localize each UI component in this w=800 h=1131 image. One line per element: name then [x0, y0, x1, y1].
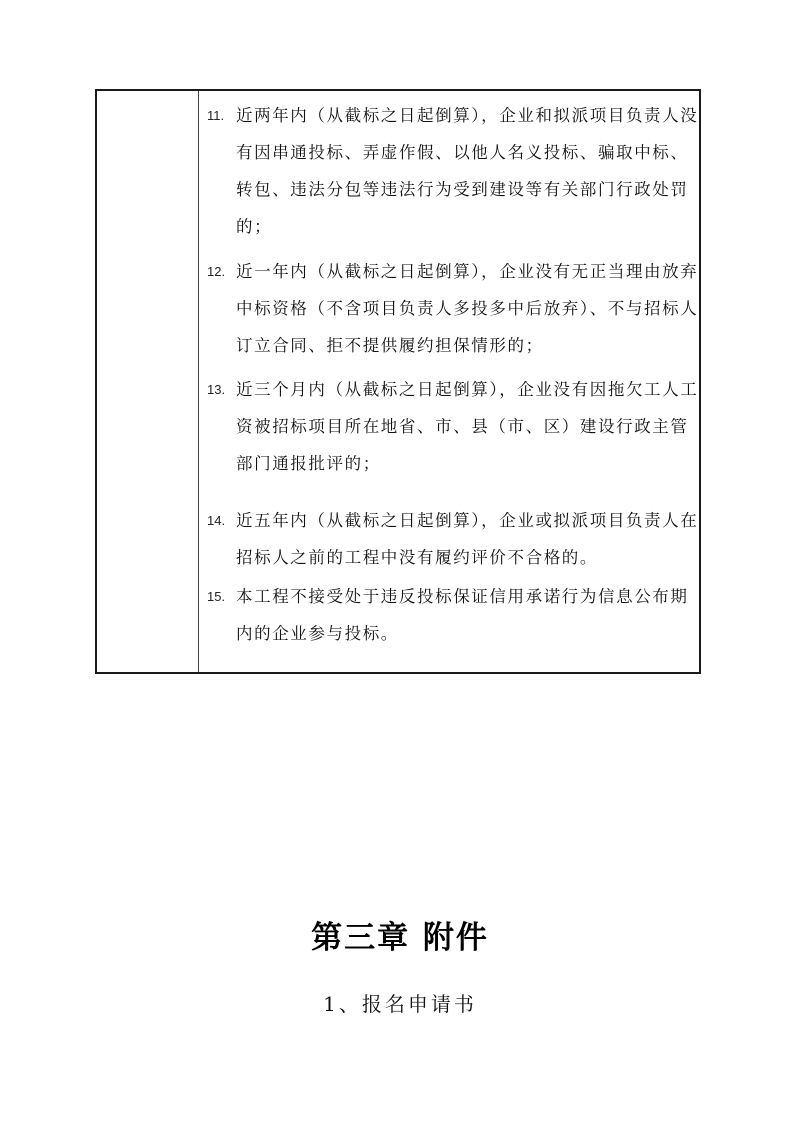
list-item-13: 13. 近三个月内（从截标之日起倒算），企业没有因拖欠工人工资被招标项目所在地省… [207, 371, 699, 482]
item-text: 本工程不接受处于违反投标保证信用承诺行为信息公布期内的企业参与投标。 [207, 578, 699, 652]
requirements-table: 11. 近两年内（从截标之日起倒算），企业和拟派项目负责人没有因串通投标、弄虚作… [95, 89, 701, 674]
item-text: 近五年内（从截标之日起倒算），企业或拟派项目负责人在招标人之前的工程中没有履约评… [207, 502, 699, 576]
item-number: 13. [207, 371, 225, 408]
item-text: 近一年内（从截标之日起倒算），企业没有无正当理由放弃中标资格（不含项目负责人多投… [207, 253, 699, 364]
list-item-12: 12. 近一年内（从截标之日起倒算），企业没有无正当理由放弃中标资格（不含项目负… [207, 253, 699, 364]
list-item-11: 11. 近两年内（从截标之日起倒算），企业和拟派项目负责人没有因串通投标、弄虚作… [207, 97, 699, 245]
item-number: 14. [207, 502, 225, 539]
chapter-title: 第三章 附件 [0, 912, 800, 957]
list-item-15: 15. 本工程不接受处于违反投标保证信用承诺行为信息公布期内的企业参与投标。 [207, 578, 699, 652]
list-item-14: 14. 近五年内（从截标之日起倒算），企业或拟派项目负责人在招标人之前的工程中没… [207, 502, 699, 576]
item-number: 12. [207, 253, 225, 290]
item-number: 11. [207, 97, 224, 134]
item-number: 15. [207, 578, 225, 615]
table-right-cell: 11. 近两年内（从截标之日起倒算），企业和拟派项目负责人没有因串通投标、弄虚作… [199, 91, 699, 672]
item-text: 近两年内（从截标之日起倒算），企业和拟派项目负责人没有因串通投标、弄虚作假、以他… [207, 97, 699, 245]
section-title: 1、报名申请书 [0, 988, 800, 1017]
item-text: 近三个月内（从截标之日起倒算），企业没有因拖欠工人工资被招标项目所在地省、市、县… [207, 371, 699, 482]
table-left-cell [97, 91, 199, 672]
